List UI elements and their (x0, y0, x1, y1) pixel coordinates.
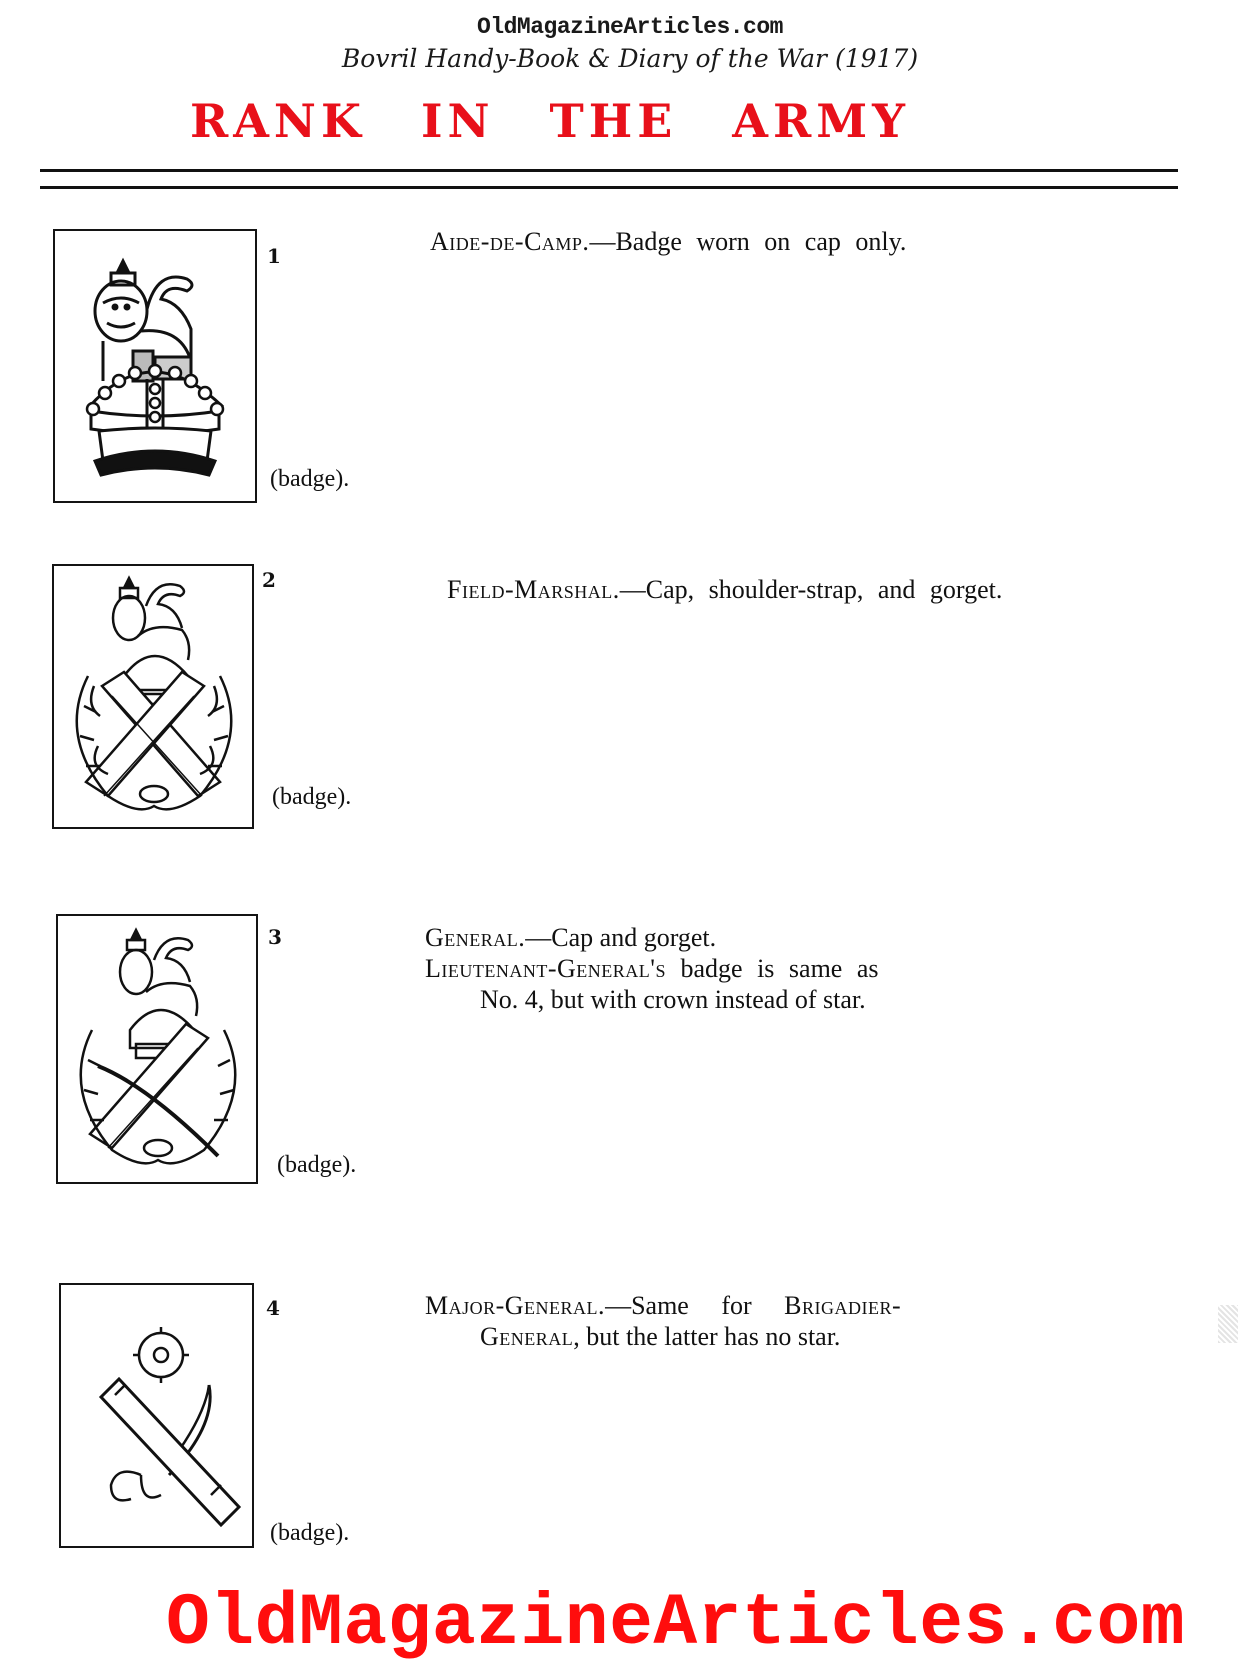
entry-major-general: Major-General.—Same for Brigadier- Gener… (425, 1290, 901, 1352)
rank-description: —Badge worn on cap only. (589, 227, 906, 256)
badge-caption: (badge). (270, 1520, 349, 1547)
page-title: RANK IN THE ARMY (190, 94, 1040, 148)
badge-caption: (badge). (272, 784, 351, 811)
badge-frame-2 (52, 564, 254, 829)
sub-rank-name: Lieutenant-General's (425, 954, 666, 983)
badge-frame-4 (59, 1283, 254, 1548)
sub-rank-description: , but the latter has no star. (573, 1322, 840, 1351)
badge-frame-3 (56, 914, 258, 1184)
badge-number: 1 (267, 244, 281, 268)
badge-caption: (badge). (277, 1152, 356, 1179)
rank-name: Major-General. (425, 1291, 605, 1320)
crossed-baton-sword-wreath-badge-icon (58, 916, 255, 1181)
rank-description: —Same for (605, 1291, 784, 1320)
badge-caption: (badge). (270, 466, 349, 493)
header-rule-top (40, 169, 1178, 172)
rank-name: General. (425, 923, 525, 952)
rank-description: —Cap, shoulder-strap, and gorget. (620, 575, 1003, 604)
rank-name: Field-Marshal. (447, 575, 620, 604)
rank-name: Aide-de-Camp. (430, 227, 589, 256)
scan-smudge (1218, 1305, 1238, 1343)
sub-rank-name-cont: General (480, 1322, 573, 1351)
entry-line: General.—Cap and gorget. (425, 922, 879, 953)
crossed-batons-wreath-badge-icon (54, 566, 251, 826)
badge-number: 3 (268, 925, 282, 949)
source-subtitle: Bovril Handy-Book & Diary of the War (19… (0, 44, 1250, 73)
badge-frame-1 (53, 229, 257, 503)
entry-general: General.—Cap and gorget. Lieutenant-Gene… (425, 922, 879, 1015)
star-crossed-baton-sword-badge-icon (61, 1285, 251, 1545)
sub-rank-description-cont: No. 4, but with crown instead of star. (480, 985, 866, 1014)
entry-line: Lieutenant-General's badge is same as (425, 953, 879, 984)
entry-aide-de-camp: Aide-de-Camp.—Badge worn on cap only. (430, 226, 906, 257)
header-rule-bottom (40, 186, 1178, 189)
site-label: OldMagazineArticles.com (0, 14, 1250, 40)
entry-field-marshal: Field-Marshal.—Cap, shoulder-strap, and … (447, 574, 1002, 605)
sub-rank-description: badge is same as (666, 954, 879, 983)
entry-line: General, but the latter has no star. (425, 1321, 901, 1352)
rank-description: —Cap and gorget. (525, 923, 716, 952)
sub-rank-name: Brigadier- (784, 1291, 901, 1320)
lion-on-crown-badge-icon (55, 231, 254, 500)
badge-number: 4 (266, 1296, 280, 1320)
entry-line: No. 4, but with crown instead of star. (425, 984, 879, 1015)
entry-line: Major-General.—Same for Brigadier- (425, 1290, 901, 1321)
badge-number: 2 (262, 568, 276, 592)
watermark-footer: OldMagazineArticles.com (166, 1582, 1185, 1665)
